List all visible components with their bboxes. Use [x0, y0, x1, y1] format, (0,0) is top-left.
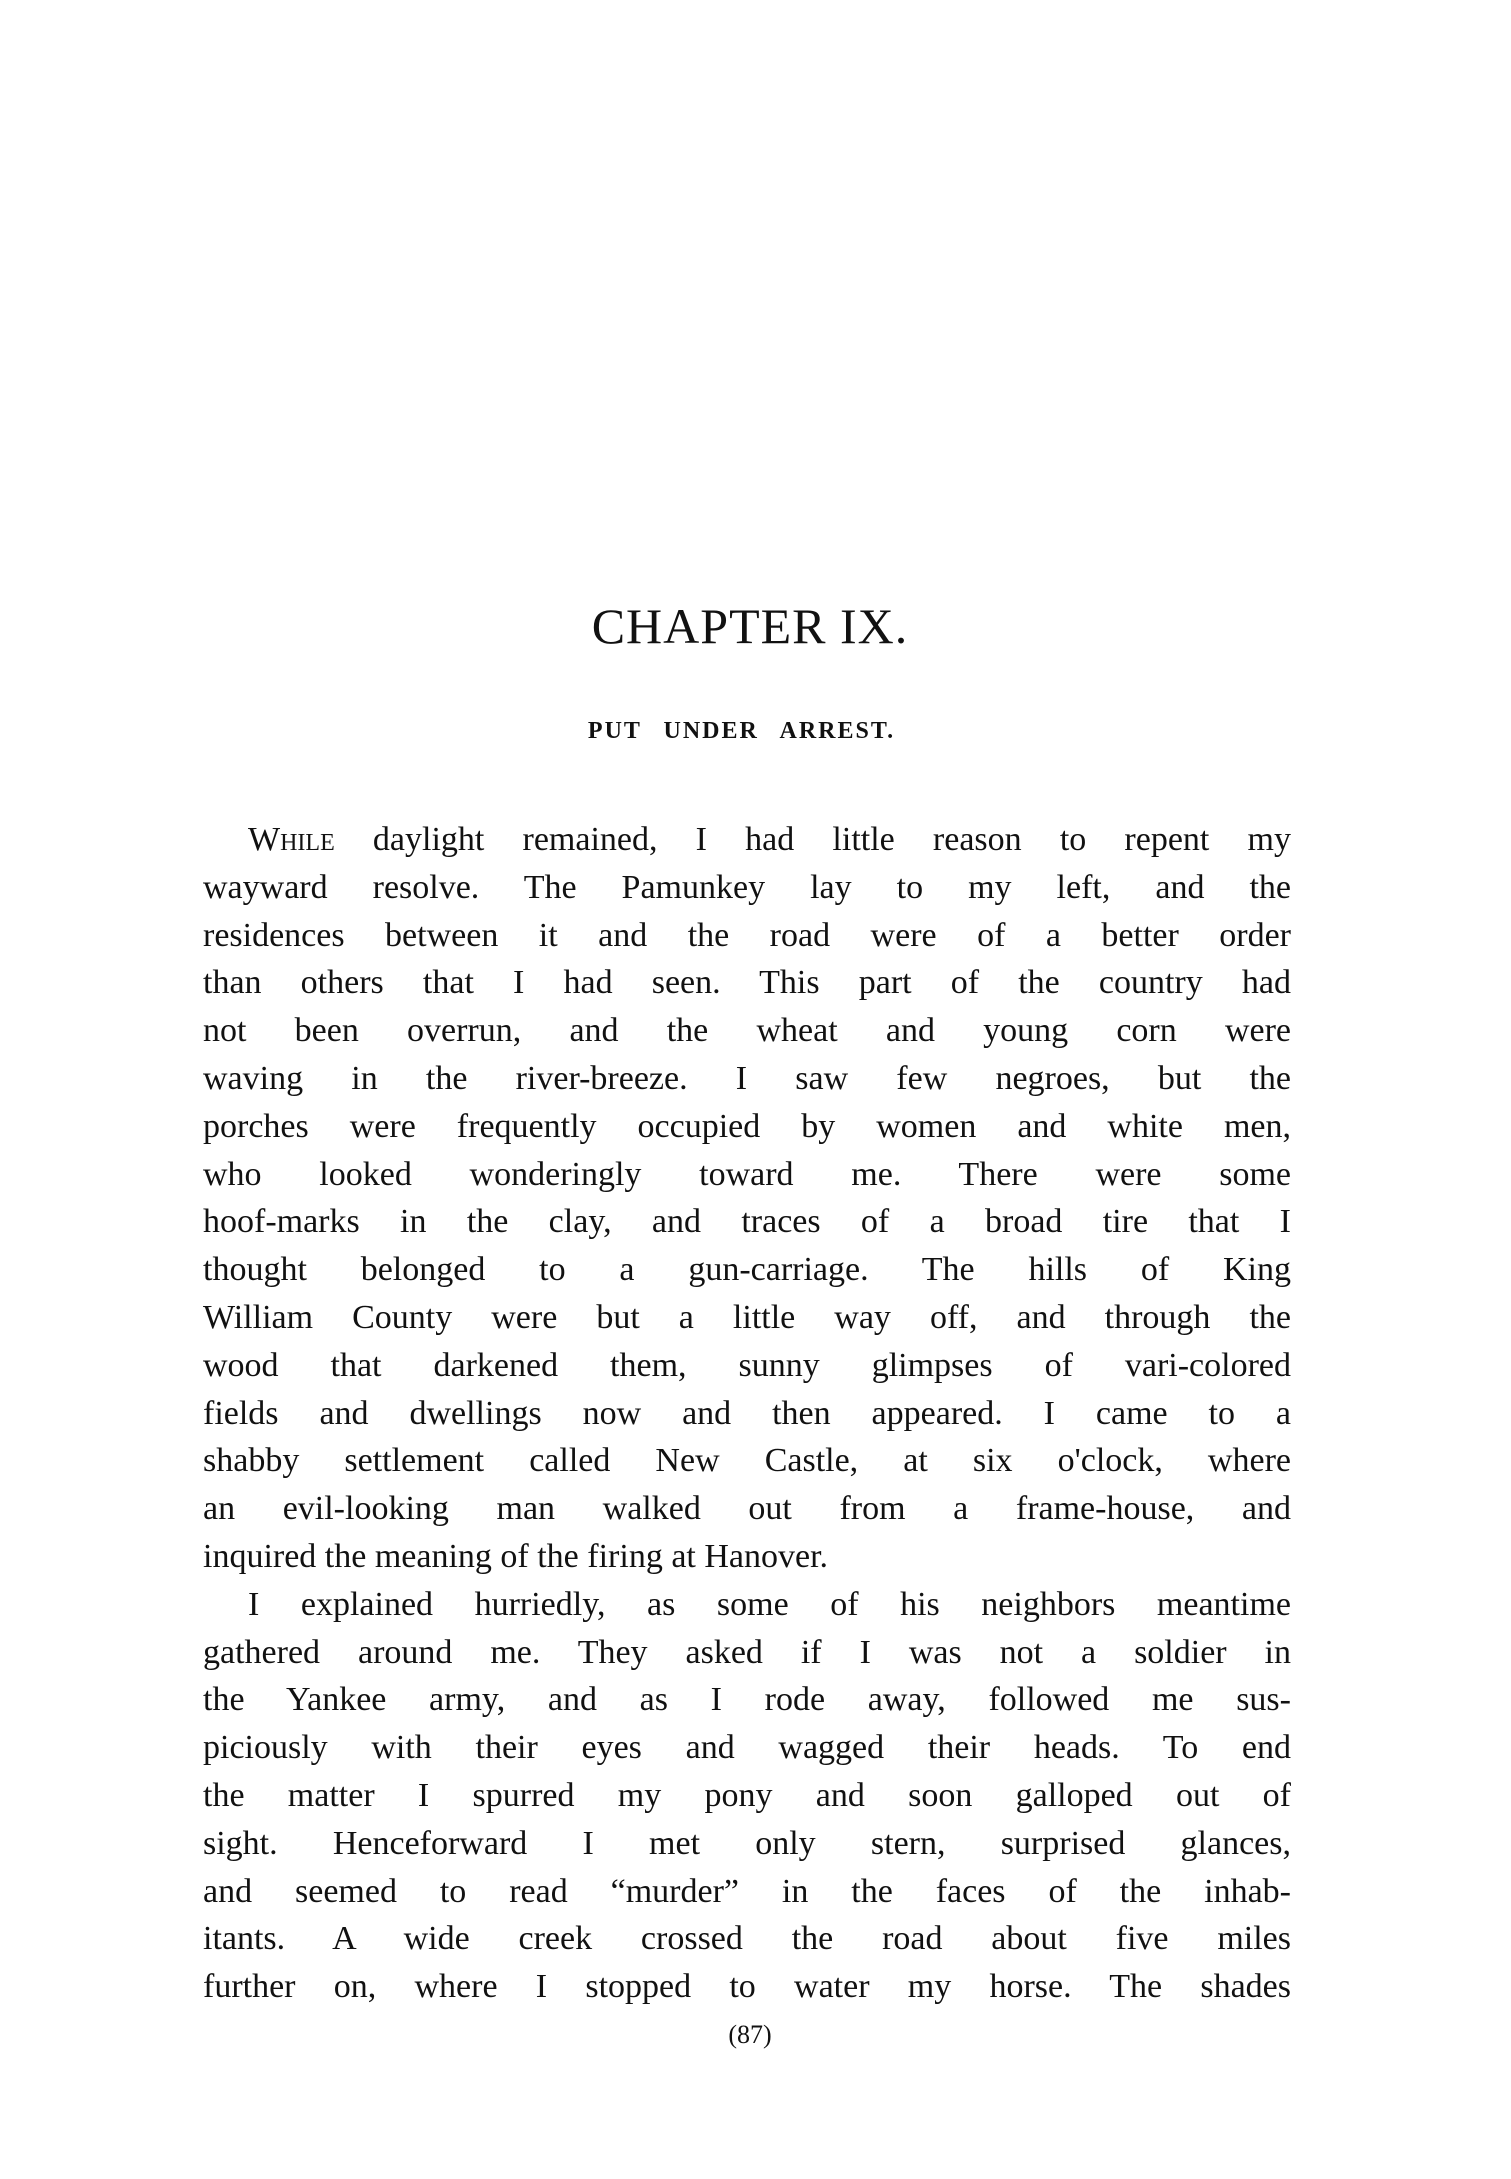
drop-smallcaps-word: While — [248, 821, 335, 858]
text-line: wayward resolve. The Pamunkey lay to my … — [203, 864, 1291, 912]
text-line: and seemed to read “murder” in the faces… — [203, 1868, 1291, 1916]
text-line: not been overrun, and the wheat and youn… — [203, 1007, 1291, 1055]
text-line: itants. A wide creek crossed the road ab… — [203, 1915, 1291, 1963]
text-line: I explained hurriedly, as some of his ne… — [203, 1581, 1291, 1629]
text-line: piciously with their eyes and wagged the… — [203, 1724, 1291, 1772]
chapter-body: While daylight remained, I had little re… — [203, 816, 1291, 2011]
text-line: residences between it and the road were … — [203, 912, 1291, 960]
paragraph-1: While daylight remained, I had little re… — [203, 816, 1291, 1581]
text-line-content: daylight remained, I had little reason t… — [335, 821, 1291, 858]
book-page: CHAPTER IX. PUT UNDER ARREST. While dayl… — [0, 0, 1511, 2179]
text-line: who looked wonderingly toward me. There … — [203, 1151, 1291, 1199]
chapter-title: CHAPTER IX. — [0, 598, 1500, 654]
text-line: William County were but a little way off… — [203, 1294, 1291, 1342]
text-line: inquired the meaning of the firing at Ha… — [203, 1533, 1291, 1581]
text-line: wood that darkened them, sunny glimpses … — [203, 1342, 1291, 1390]
text-line: shabby settlement called New Castle, at … — [203, 1437, 1291, 1485]
text-line: thought belonged to a gun-carriage. The … — [203, 1246, 1291, 1294]
text-line: While daylight remained, I had little re… — [203, 816, 1291, 864]
page-number: (87) — [0, 2020, 1500, 2050]
text-line: sight. Henceforward I met only stern, su… — [203, 1820, 1291, 1868]
text-line: porches were frequently occupied by wome… — [203, 1103, 1291, 1151]
text-line: the Yankee army, and as I rode away, fol… — [203, 1676, 1291, 1724]
text-line: the matter I spurred my pony and soon ga… — [203, 1772, 1291, 1820]
text-line: fields and dwellings now and then appear… — [203, 1390, 1291, 1438]
paragraph-2: I explained hurriedly, as some of his ne… — [203, 1581, 1291, 2011]
text-line: than others that I had seen. This part o… — [203, 959, 1291, 1007]
text-line: an evil-looking man walked out from a fr… — [203, 1485, 1291, 1533]
text-line: further on, where I stopped to water my … — [203, 1963, 1291, 2011]
text-line: gathered around me. They asked if I was … — [203, 1629, 1291, 1677]
text-line: hoof-marks in the clay, and traces of a … — [203, 1198, 1291, 1246]
chapter-subtitle: PUT UNDER ARREST. — [0, 716, 1483, 746]
text-line: waving in the river-breeze. I saw few ne… — [203, 1055, 1291, 1103]
